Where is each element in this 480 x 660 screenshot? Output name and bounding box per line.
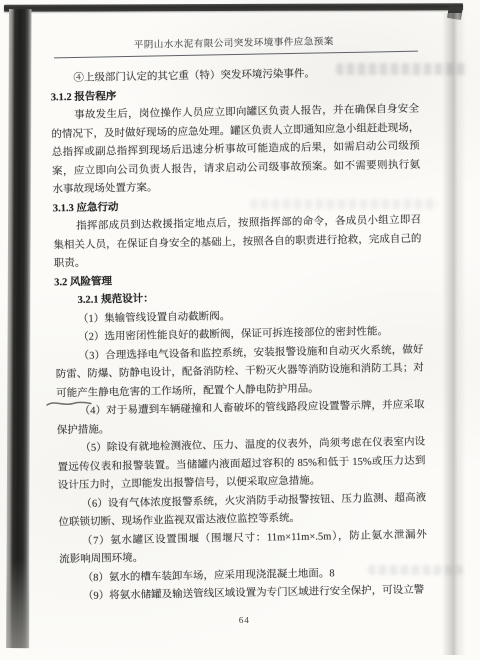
document-body: 平阴山水水泥有限公司突发环境事件应急预案 ④上级部门认定的其它重（特）突发环境污… <box>48 35 431 628</box>
scan-border-left <box>6 9 32 648</box>
page-edge-shadow <box>442 13 466 655</box>
bleedthrough-smudge <box>250 199 438 209</box>
doc-paragraph: （5）除设有就地检测液位、压力、温度的仪表外，尚须考虑在仪表室内设置远传仪表和报… <box>57 434 426 496</box>
pen-mark-icon <box>45 396 93 410</box>
doc-paragraph: （3）合理选择电气设备和监控系统，安装报警设施和自动灭火系统，做好防雷、防爆、防… <box>55 341 424 403</box>
bleedthrough-smudge <box>368 565 464 575</box>
content-blocks: ④上级部门认定的其它重（特）突发环境污染事件。3.1.2 报告程序事故发生后，岗… <box>48 64 430 607</box>
bleedthrough-smudge <box>336 63 468 75</box>
scanned-document-page: 平阴山水水泥有限公司突发环境事件应急预案 ④上级部门认定的其它重（特）突发环境污… <box>0 0 480 660</box>
doc-paragraph: 事故发生后，岗位操作人员应立即向罐区负责人报告，并在确保自身安全的情况下，及时做… <box>51 101 421 200</box>
doc-paragraph: 指挥部成员到达救援指定地点后，按照指挥部的命令，各成员小组立即召集相关人员，在保… <box>53 212 422 274</box>
